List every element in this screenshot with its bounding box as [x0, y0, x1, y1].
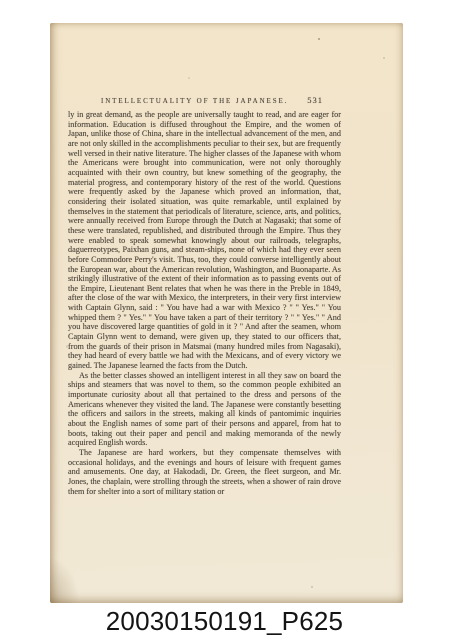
scan-speck: [188, 77, 190, 79]
scan-speck: [311, 586, 313, 588]
archive-id-text: 20030150191_P625: [106, 606, 343, 637]
paragraph: The Japanese are hard workers, but they …: [68, 448, 341, 496]
running-header: INTELLECTUALITY OF THE JAPANESE. 531: [68, 95, 341, 105]
body-text-block: ly in great demand, as the people are un…: [68, 110, 341, 496]
running-header-title: INTELLECTUALITY OF THE JAPANESE.: [101, 97, 288, 105]
scan-speck: [383, 57, 385, 59]
screenshot-root: INTELLECTUALITY OF THE JAPANESE. 531 ly …: [0, 0, 449, 640]
paragraph: As the better classes showed an intellig…: [68, 371, 341, 448]
archive-id-caption-bar: 20030150191_P625: [0, 603, 449, 640]
scanned-book-page: INTELLECTUALITY OF THE JAPANESE. 531 ly …: [50, 23, 403, 603]
page-number: 531: [307, 95, 323, 105]
scan-speck: [318, 38, 320, 40]
paragraph-continuation: ly in great demand, as the people are un…: [68, 110, 341, 371]
